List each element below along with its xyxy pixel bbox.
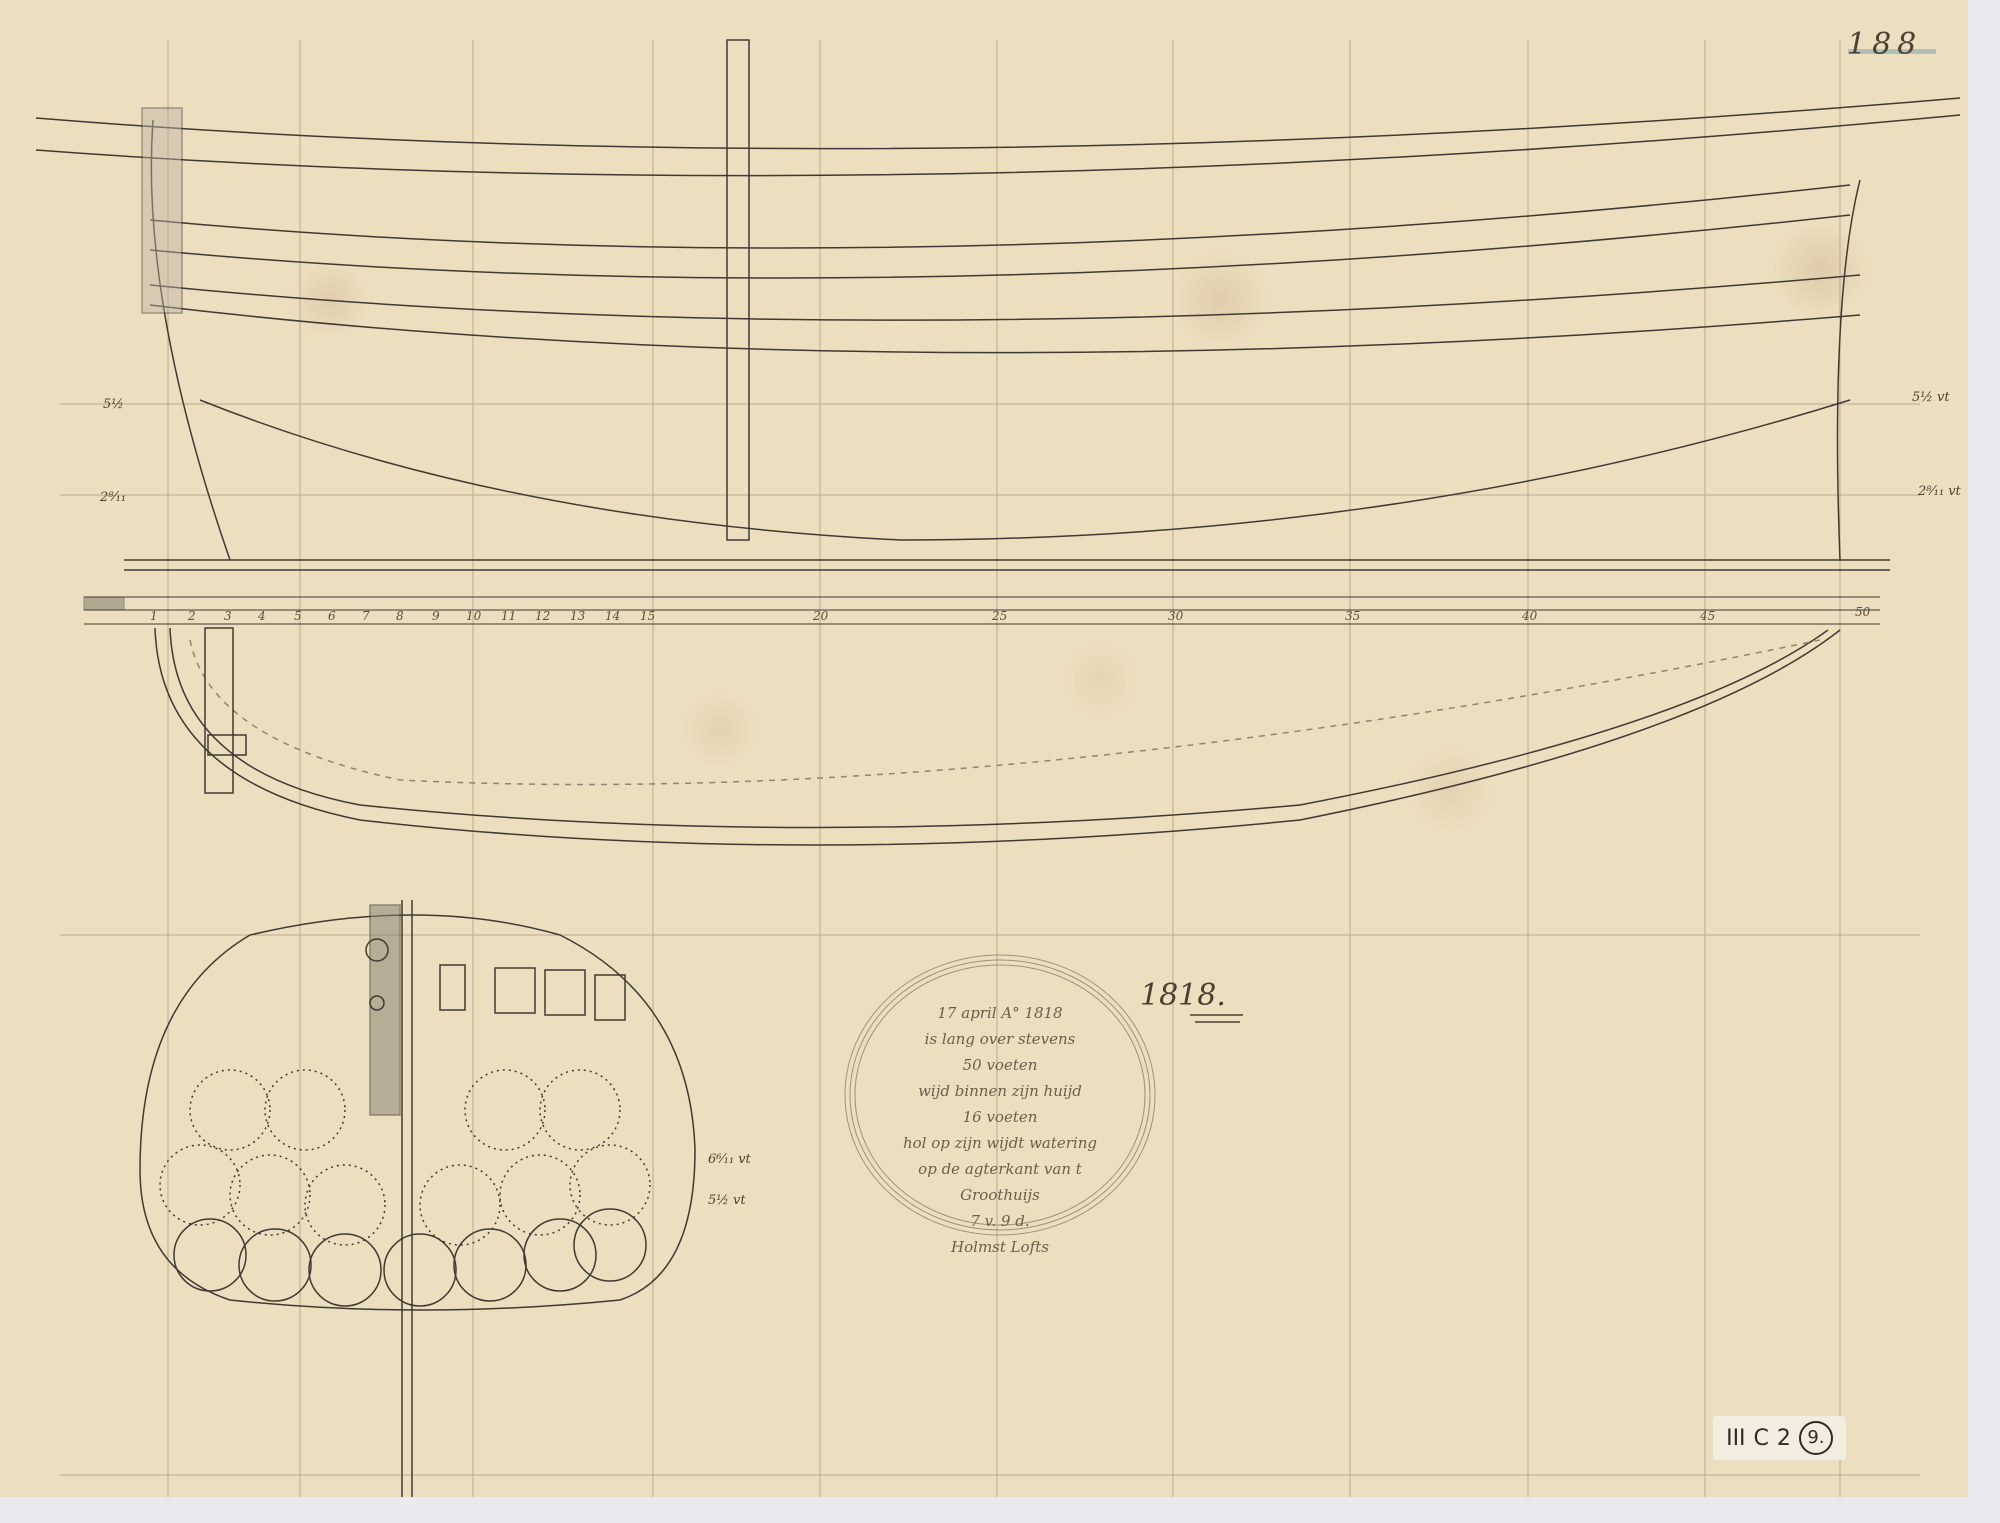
- dimension-note: 2⁸⁄₁₁ vt: [1918, 484, 1961, 499]
- scale-label: 25: [992, 609, 1007, 623]
- scale-label: 15: [640, 609, 655, 623]
- dimension-note: 5½ vt: [1912, 390, 1950, 405]
- inscription-line: 16 voeten: [880, 1104, 1120, 1130]
- archive-subsection: 2: [1777, 1426, 1791, 1451]
- scale-label: 7: [362, 609, 370, 623]
- ship-plan-drawing: [0, 0, 2000, 1523]
- scale-label: 13: [570, 609, 585, 623]
- scale-label: 35: [1345, 609, 1360, 623]
- scale-label: 1: [150, 609, 158, 623]
- scale-label: 4: [258, 609, 266, 623]
- inscription-line: 50 voeten: [880, 1052, 1120, 1078]
- inscription: 17 april A° 1818 is lang over stevens 50…: [880, 1000, 1120, 1260]
- scale-label: 30: [1168, 609, 1183, 623]
- scale-label: 8: [396, 609, 404, 623]
- archive-section: C: [1754, 1426, 1769, 1451]
- dimension-note: 5½ vt: [708, 1193, 746, 1208]
- construction-grid: [60, 40, 1920, 1497]
- scale-label: 3: [224, 609, 232, 623]
- scale-label: 6: [328, 609, 336, 623]
- catalog-number: 188: [1847, 27, 1922, 62]
- inscription-line: op de agterkant van t Groothuijs: [880, 1156, 1120, 1208]
- inscription-line: is lang over stevens: [880, 1026, 1120, 1052]
- sheer-profile: [36, 40, 1960, 570]
- body-plan: [140, 900, 695, 1497]
- inscription-line: hol op zijn wijdt watering: [880, 1130, 1120, 1156]
- inscription-line: Holmst Lofts: [880, 1234, 1120, 1260]
- scale-label: 9: [432, 609, 440, 623]
- year-mark: 1818.: [1140, 978, 1226, 1013]
- scale-label: 14: [605, 609, 620, 623]
- scale-label: 5: [294, 609, 302, 623]
- scale-label: 50: [1855, 605, 1870, 619]
- dimension-note: 5½: [103, 397, 124, 412]
- dimension-note: 6⁶⁄₁₁ vt: [708, 1152, 751, 1167]
- scale-label: 45: [1700, 609, 1715, 623]
- scale-label: 10: [466, 609, 481, 623]
- inscription-line: 17 april A° 1818: [880, 1000, 1120, 1026]
- scale-label: 12: [535, 609, 550, 623]
- scale-label: 2: [188, 609, 196, 623]
- scale-label: 11: [501, 609, 516, 623]
- scale-label: 40: [1522, 609, 1537, 623]
- archive-series: III: [1726, 1426, 1745, 1451]
- archive-label: III C 2 9.: [1713, 1416, 1846, 1460]
- inscription-line: 7 v. 9 d.: [880, 1208, 1120, 1234]
- inscription-line: wijd binnen zijn huijd: [880, 1078, 1120, 1104]
- scale-bar: [84, 597, 1880, 624]
- scale-label: 20: [813, 609, 828, 623]
- archive-number: 9.: [1799, 1421, 1833, 1455]
- dimension-note: 2⁸⁄₁₁: [100, 490, 126, 505]
